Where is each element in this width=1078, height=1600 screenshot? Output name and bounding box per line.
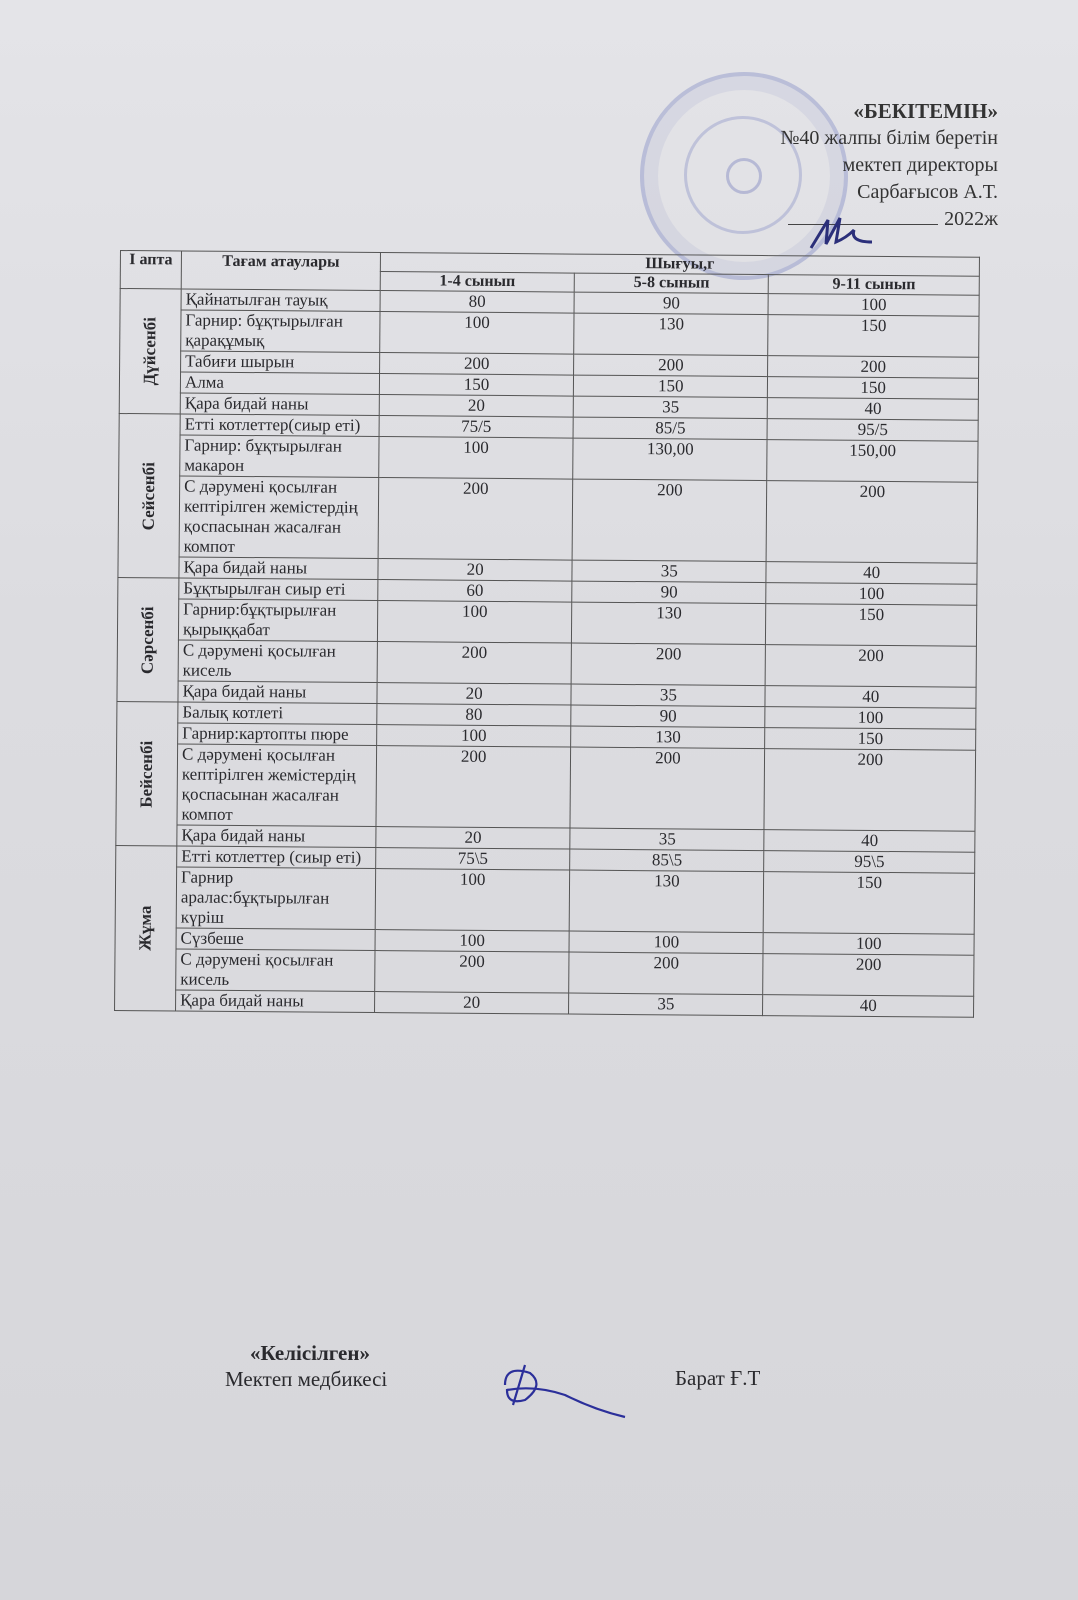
portion-grade-1-4: 150 — [379, 374, 573, 397]
portion-grade-9-11: 40 — [764, 830, 975, 853]
portion-grade-1-4: 200 — [380, 353, 574, 376]
menu-table: I апта Тағам атаулары Шығуы,г 1-4 сынып … — [114, 250, 980, 1018]
dish-name: Қара бидай наны — [180, 393, 379, 416]
header-grade-9-11: 9-11 сынып — [769, 275, 980, 296]
nurse-role: Мектеп медбикесі — [225, 1367, 387, 1391]
portion-grade-5-8: 35 — [571, 684, 765, 707]
portion-grade-5-8: 150 — [574, 375, 768, 398]
dish-name: Қара бидай наны — [177, 825, 376, 848]
dish-name: Табиғи шырын — [181, 351, 380, 374]
dish-name: С дәрумені қосылған кептірілген жемістер… — [177, 744, 377, 827]
portion-grade-5-8: 130,00 — [573, 438, 768, 481]
portion-grade-5-8: 130 — [571, 726, 765, 749]
portion-grade-9-11: 100 — [766, 583, 977, 606]
dish-name: С дәрумені қосылған кисель — [176, 949, 375, 992]
portion-grade-9-11: 95\5 — [764, 851, 975, 874]
day-label: Сәрсенбі — [138, 606, 159, 674]
portion-grade-5-8: 200 — [571, 643, 766, 686]
dish-name: С дәрумені қосылған кептірілген жемістер… — [179, 476, 379, 559]
portion-grade-1-4: 200 — [376, 746, 571, 829]
agreement-block: «Келісілген» Мектеп медбикесі — [225, 1340, 387, 1392]
dish-name: Балық котлеті — [178, 702, 377, 725]
table-row: Гарнир аралас:бұқтырылған күріш100130150 — [115, 866, 974, 934]
nurse-name: Барат Ғ.Т — [675, 1366, 760, 1391]
dish-name: Гарнир: бұқтырылған қарақұмық — [181, 310, 380, 353]
portion-grade-5-8: 130 — [574, 313, 769, 356]
portion-grade-5-8: 35 — [572, 560, 766, 583]
day-label: Жұма — [135, 906, 155, 951]
day-cell: Сәрсенбі — [117, 577, 179, 701]
table-row: С дәрумені қосылған кисель200200200 — [115, 948, 974, 996]
portion-grade-5-8: 130 — [572, 602, 767, 645]
portion-grade-1-4: 20 — [377, 683, 571, 706]
portion-grade-5-8: 100 — [569, 931, 763, 954]
day-cell: Дүйсенбі — [119, 289, 181, 414]
portion-grade-1-4: 20 — [376, 827, 570, 850]
dish-name: Гарнир: бұқтырылған макарон — [180, 435, 379, 478]
portion-grade-5-8: 85\5 — [570, 849, 764, 872]
portion-grade-9-11: 150,00 — [767, 440, 978, 483]
day-label: Сейсенбі — [139, 462, 160, 530]
portion-grade-9-11: 40 — [763, 995, 974, 1018]
portion-grade-5-8: 35 — [570, 828, 764, 851]
portion-grade-1-4: 20 — [379, 395, 573, 418]
dish-name: Алма — [180, 372, 379, 395]
portion-grade-5-8: 200 — [572, 479, 767, 562]
portion-grade-1-4: 75\5 — [376, 848, 570, 871]
menu-body: ДүйсенбіҚайнатылған тауық8090100Гарнир: … — [115, 289, 980, 1018]
day-label: Дүйсенбі — [140, 317, 161, 385]
portion-grade-1-4: 20 — [378, 559, 572, 582]
portion-grade-9-11: 150 — [764, 872, 975, 935]
dish-name: Етті котлеттер (сиыр еті) — [177, 846, 376, 869]
day-cell: Бейсенбі — [116, 701, 178, 845]
portion-grade-9-11: 200 — [763, 954, 974, 997]
portion-grade-9-11: 100 — [763, 933, 974, 956]
dish-name: Қара бидай наны — [176, 990, 375, 1013]
portion-grade-9-11: 40 — [768, 398, 979, 421]
portion-grade-1-4: 75/5 — [379, 416, 573, 439]
dish-name: Гарнир:картопты пюре — [178, 723, 377, 746]
portion-grade-1-4: 100 — [379, 437, 574, 480]
portion-grade-9-11: 40 — [766, 562, 977, 585]
portion-grade-1-4: 100 — [377, 725, 571, 748]
dish-name: Бұқтырылған сиыр еті — [179, 578, 378, 601]
portion-grade-5-8: 200 — [570, 747, 765, 830]
portion-grade-9-11: 200 — [768, 356, 979, 379]
portion-grade-1-4: 80 — [377, 704, 571, 727]
portion-grade-5-8: 85/5 — [573, 417, 767, 440]
portion-grade-9-11: 100 — [768, 294, 979, 317]
portion-grade-1-4: 80 — [380, 291, 574, 314]
portion-grade-5-8: 90 — [571, 705, 765, 728]
portion-grade-9-11: 200 — [764, 749, 975, 832]
table-row: Гарнир: бұқтырылған қарақұмық100130150 — [120, 310, 979, 358]
portion-grade-1-4: 200 — [375, 951, 570, 994]
portion-grade-5-8: 130 — [569, 870, 764, 933]
approval-line1: №40 жалпы білім беретін — [780, 125, 998, 152]
portion-grade-1-4: 100 — [380, 312, 575, 355]
portion-grade-9-11: 150 — [766, 604, 977, 647]
dish-name: Қайнатылған тауық — [181, 289, 380, 312]
portion-grade-1-4: 200 — [377, 642, 572, 685]
director-name: Сарбағысов А.Т. — [780, 179, 998, 206]
approval-year: 2022ж — [944, 208, 998, 230]
portion-grade-1-4: 100 — [375, 930, 569, 953]
dish-name: Гарнир:бұқтырылған қырыққабат — [178, 599, 377, 642]
portion-grade-5-8: 200 — [574, 354, 768, 377]
header-week: I апта — [120, 251, 181, 289]
table-row: Гарнир: бұқтырылған макарон100130,00150,… — [119, 434, 978, 482]
portion-grade-9-11: 100 — [765, 707, 976, 730]
portion-grade-5-8: 90 — [574, 292, 768, 315]
dish-name: Сүзбеше — [176, 928, 375, 951]
portion-grade-9-11: 40 — [765, 686, 976, 709]
nurse-signature — [495, 1355, 635, 1425]
day-cell: Жұма — [115, 845, 177, 1010]
portion-grade-9-11: 150 — [765, 728, 976, 751]
day-label: Бейсенбі — [137, 740, 158, 807]
portion-grade-5-8: 200 — [569, 952, 764, 995]
portion-grade-1-4: 20 — [375, 992, 569, 1015]
dish-name: Гарнир аралас:бұқтырылған күріш — [176, 867, 375, 930]
portion-grade-9-11: 95/5 — [767, 419, 978, 442]
portion-grade-1-4: 100 — [377, 601, 572, 644]
dish-name: С дәрумені қосылған кисель — [178, 640, 377, 683]
table-row: С дәрумені қосылған кептірілген жемістер… — [116, 743, 976, 831]
director-signature — [806, 212, 876, 252]
table-row: С дәрумені қосылған кептірілген жемістер… — [118, 475, 978, 563]
header-dish-names: Тағам атаулары — [181, 251, 380, 291]
approval-line2: мектеп директоры — [780, 152, 998, 179]
header-grade-5-8: 5-8 сынып — [574, 273, 768, 294]
table-row: С дәрумені қосылған кисель200200200 — [117, 639, 976, 687]
portion-grade-5-8: 35 — [569, 993, 763, 1016]
dish-name: Қара бидай наны — [179, 557, 378, 580]
portion-grade-9-11: 200 — [766, 645, 977, 688]
portion-grade-9-11: 150 — [768, 315, 979, 358]
table-row: Гарнир:бұқтырылған қырыққабат100130150 — [117, 598, 976, 646]
portion-grade-9-11: 150 — [768, 377, 979, 400]
day-cell: Сейсенбі — [118, 413, 180, 577]
header-grade-1-4: 1-4 сынып — [380, 272, 574, 293]
dish-name: Етті котлеттер(сиыр еті) — [180, 414, 379, 437]
portion-grade-1-4: 100 — [375, 869, 570, 932]
portion-grade-5-8: 90 — [572, 581, 766, 604]
portion-grade-1-4: 200 — [378, 478, 573, 561]
agreed-label: «Келісілген» — [225, 1340, 387, 1366]
portion-grade-5-8: 35 — [573, 396, 767, 419]
stamp-center — [726, 158, 762, 194]
portion-grade-9-11: 200 — [767, 481, 978, 564]
portion-grade-1-4: 60 — [378, 580, 572, 603]
approval-title: «БЕКІТЕМІН» — [780, 98, 998, 125]
dish-name: Қара бидай наны — [178, 681, 377, 704]
